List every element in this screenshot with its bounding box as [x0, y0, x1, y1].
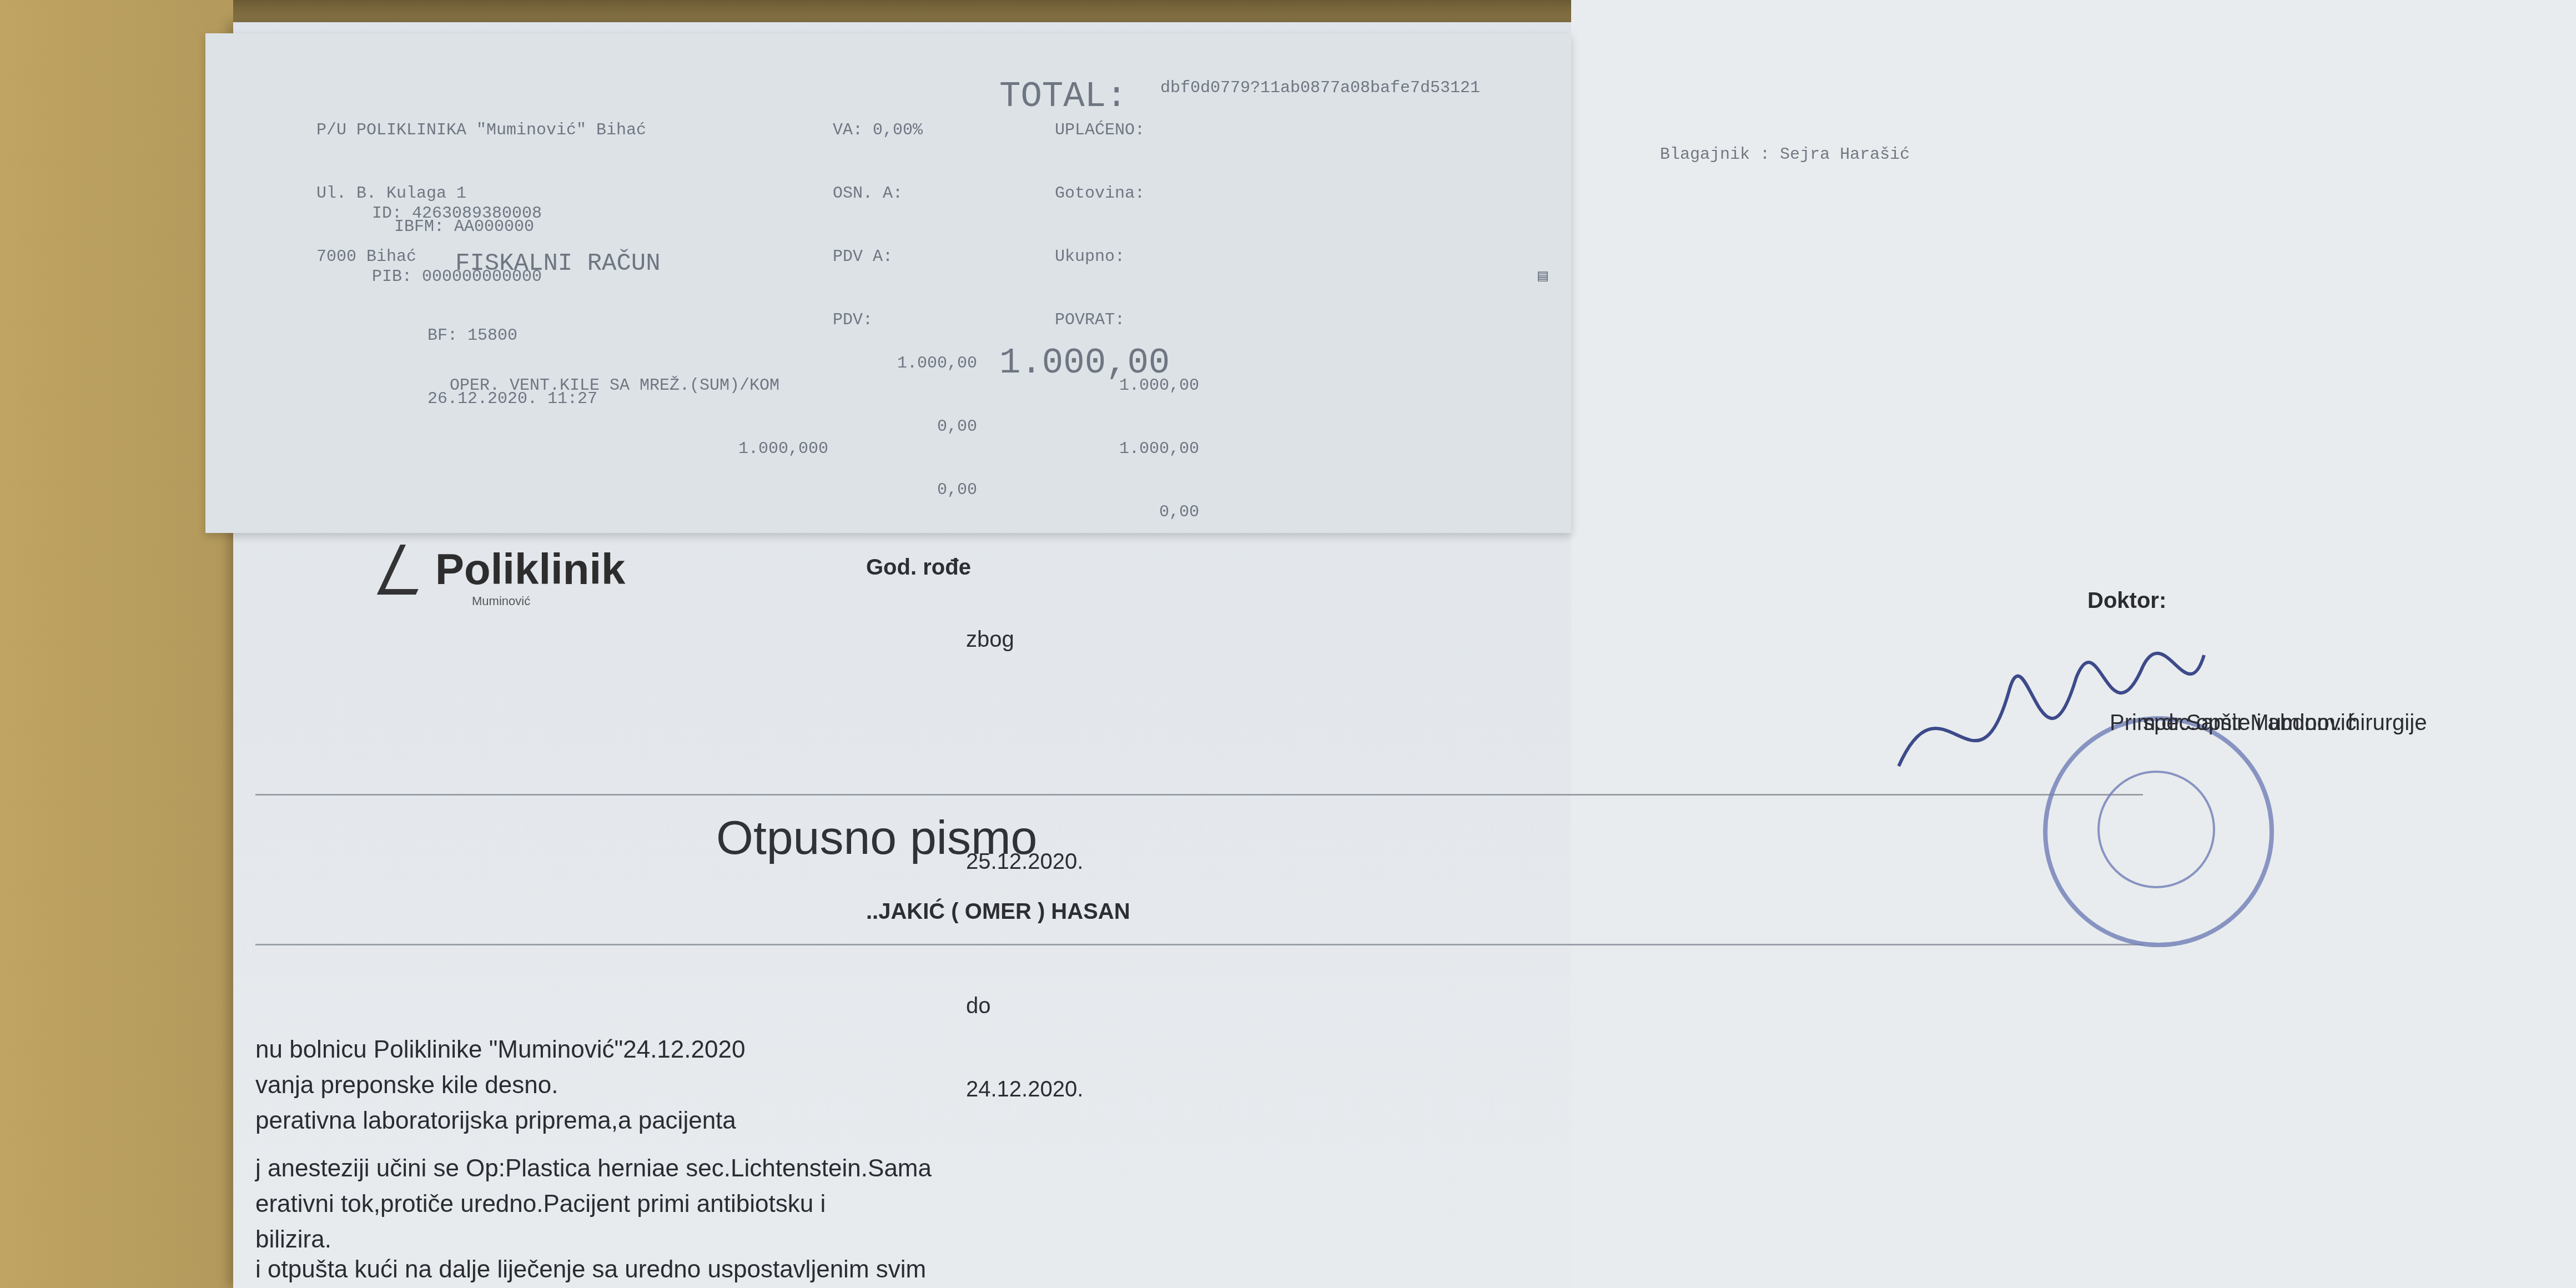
- body-line: i otpušta kući na dalje liječenje sa ure…: [255, 1256, 2143, 1284]
- divider: [255, 794, 2143, 796]
- date-to-label: do: [966, 994, 991, 1019]
- body-line: erativni tok,protiče uredno.Pacijent pri…: [255, 1190, 2143, 1218]
- payment-label: Ukupno:: [1055, 246, 1145, 268]
- receipt-header-line: P/U POLIKLINIKA "Muminović" Bihać: [316, 120, 646, 141]
- receipt-code: dbf0d0779?11ab0877a08bafe7d53121: [1160, 78, 1480, 99]
- payment-label: POVRAT:: [1055, 310, 1145, 331]
- payment-label: Gotovina:: [1055, 183, 1145, 204]
- divider: [255, 944, 2143, 945]
- body-line: perativna laboratorijska priprema,a paci…: [255, 1107, 2143, 1135]
- logo-text: Poliklinik: [435, 544, 625, 595]
- fiscal-receipt: P/U POLIKLINIKA "Muminović" Bihać Ul. B.…: [205, 33, 1571, 533]
- body-line: j anesteziji učini se Op:Plastica hernia…: [255, 1155, 2143, 1183]
- receipt-tax-values: 1.000,00 0,00 0,00: [833, 311, 977, 543]
- receipt-item-amount: 1.000,000: [450, 439, 828, 460]
- body-line: nu bolnicu Poliklinike "Muminović"24.12.…: [255, 1036, 2143, 1064]
- payment-value: 1.000,00: [1055, 439, 1199, 460]
- receipt-ibfm: IBFM: AA000000: [394, 217, 534, 238]
- body-line: vanja preponske kile desno.: [255, 1071, 2143, 1099]
- receipt-cashier: Blagajnik : Sejra Harašić: [1660, 144, 1910, 165]
- date-to: 25.12.2020.: [966, 849, 1083, 874]
- tax-value: 0,00: [833, 480, 977, 501]
- receipt-payment-labels: UPLAĆENO: Gotovina: Ukupno: POVRAT:: [1055, 78, 1145, 373]
- receipt-payment-values: 1.000,00 1.000,00 0,00: [1055, 333, 1199, 565]
- receipt-qr-icon: ▤: [1538, 266, 1548, 288]
- tax-label: VA: 0,00%: [833, 120, 923, 141]
- payment-value: 1.000,00: [1055, 375, 1199, 396]
- tax-value: 1.000,00: [833, 353, 977, 374]
- clinic-stamp: [2043, 716, 2274, 947]
- doctor-title: spec.opšte i abdom. hirurgije: [2143, 711, 2427, 736]
- tax-label: OSN. A:: [833, 183, 923, 204]
- logo-subtitle: Muminović: [472, 594, 530, 608]
- payment-label: UPLAĆENO:: [1055, 120, 1145, 141]
- payment-value: 0,00: [1055, 502, 1199, 523]
- stamp-inner-ring: [2097, 771, 2215, 888]
- birth-label: God. rođe: [866, 555, 971, 580]
- clinic-logo: Poliklinik Muminović: [389, 544, 625, 595]
- receipt-title: FISKALNI RAČUN: [455, 244, 661, 283]
- body-line: bilizira.: [255, 1226, 2143, 1254]
- reason-label: zbog: [966, 627, 1014, 652]
- tax-label: PDV A:: [833, 246, 923, 268]
- patient-name: ..JAKIĆ ( OMER ) HASAN: [866, 899, 1130, 924]
- doctor-label: Doktor:: [2087, 588, 2166, 613]
- receipt-item: OPER. VENT.KILE SA MREŽ.(SUM)/KOM 1.000,…: [450, 333, 828, 502]
- tax-value: 0,00: [833, 416, 977, 437]
- receipt-item-name: OPER. VENT.KILE SA MREŽ.(SUM)/KOM: [450, 375, 828, 396]
